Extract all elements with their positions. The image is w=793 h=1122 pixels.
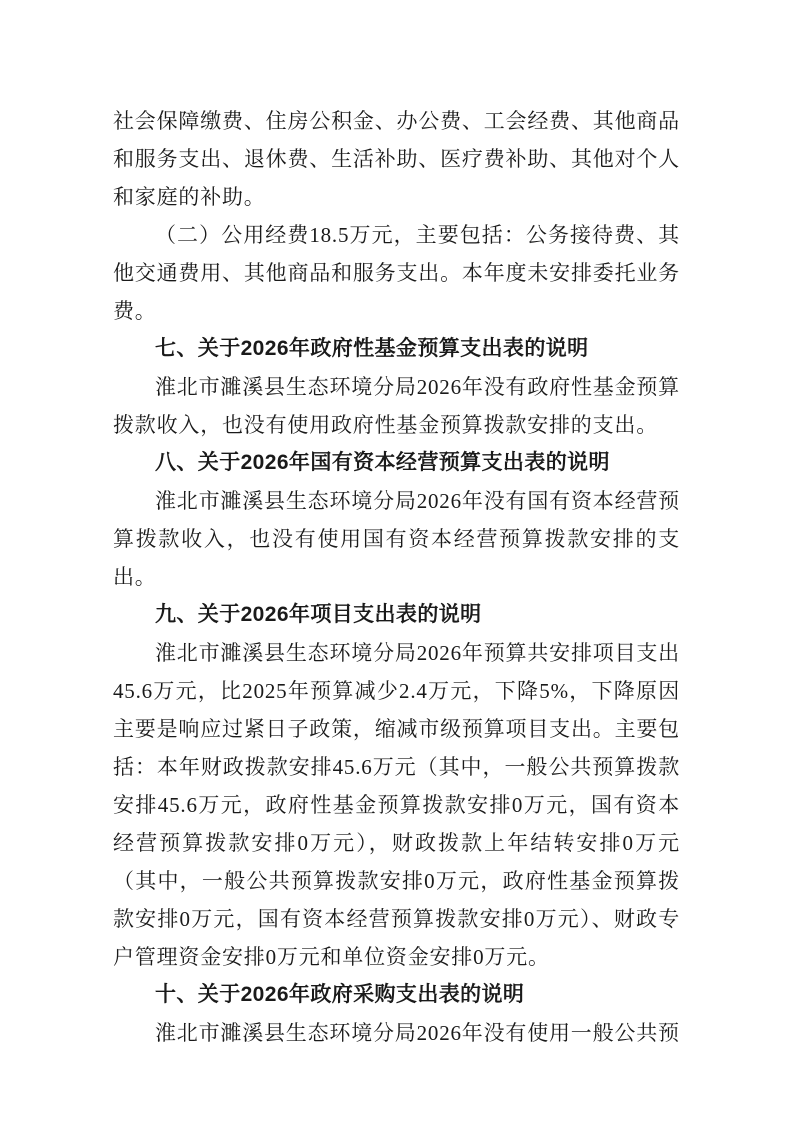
heading-section-10-government-procurement: 十、关于2026年政府采购支出表的说明 — [113, 976, 680, 1014]
document-page: 社会保障缴费、住房公积金、办公费、工会经费、其他商品和服务支出、退休费、生活补助… — [0, 0, 793, 1122]
heading-section-9-project-expenditure: 九、关于2026年项目支出表的说明 — [113, 596, 680, 634]
document-body: 社会保障缴费、住房公积金、办公费、工会经费、其他商品和服务支出、退休费、生活补助… — [113, 102, 680, 1052]
heading-section-8-state-capital-budget: 八、关于2026年国有资本经营预算支出表的说明 — [113, 444, 680, 482]
heading-section-7-government-fund-budget: 七、关于2026年政府性基金预算支出表的说明 — [113, 330, 680, 368]
paragraph-section-10-body-cutoff: 淮北市濉溪县生态环境分局2026年没有使用一般公共预 — [113, 1014, 680, 1052]
paragraph-section-7-body: 淮北市濉溪县生态环境分局2026年没有政府性基金预算拨款收入，也没有使用政府性基… — [113, 368, 680, 444]
paragraph-section-9-body: 淮北市濉溪县生态环境分局2026年预算共安排项目支出45.6万元，比2025年预… — [113, 634, 680, 976]
paragraph-public-expense: （二）公用经费18.5万元，主要包括：公务接待费、其他交通费用、其他商品和服务支… — [113, 216, 680, 330]
paragraph-personnel-expense-continuation: 社会保障缴费、住房公积金、办公费、工会经费、其他商品和服务支出、退休费、生活补助… — [113, 102, 680, 216]
paragraph-section-8-body: 淮北市濉溪县生态环境分局2026年没有国有资本经营预算拨款收入，也没有使用国有资… — [113, 482, 680, 596]
